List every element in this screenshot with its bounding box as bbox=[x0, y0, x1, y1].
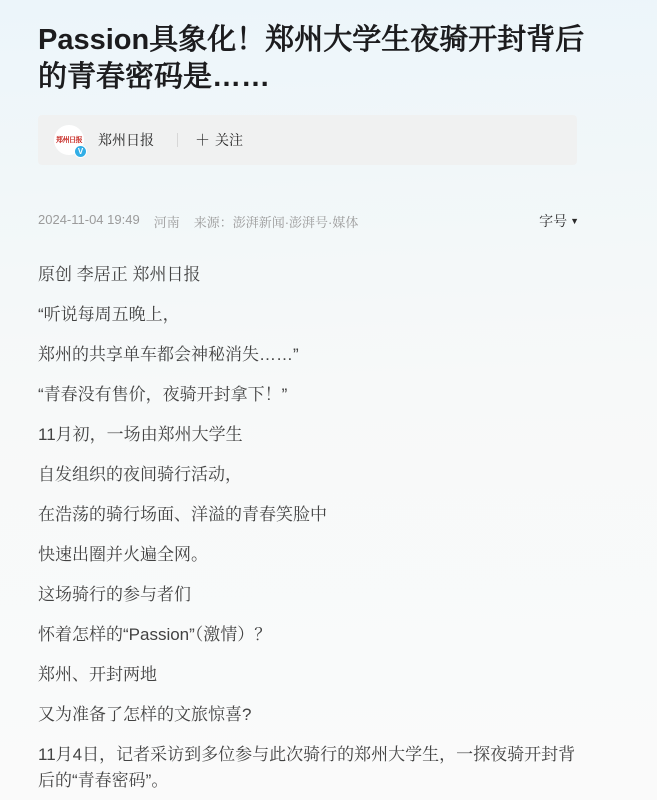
article-paragraph: 11月初，一场由郑州大学生 bbox=[38, 422, 590, 448]
publish-source: 来源：澎湃新闻·澎湃号·媒体 bbox=[194, 212, 359, 231]
font-size-control[interactable]: 字号 ▼ bbox=[539, 211, 579, 231]
article-paragraph: 11月4日，记者采访到多位参与此次骑行的郑州大学生，一探夜骑开封背后的“青春密码… bbox=[38, 742, 590, 794]
publish-datetime: 2024-11-04 19:49 bbox=[38, 212, 140, 231]
article-paragraph: “青春没有售价，夜骑开封拿下！” bbox=[38, 382, 590, 408]
plus-icon: ＋ bbox=[195, 133, 210, 148]
publisher-logo-text: 郑州日报 bbox=[56, 135, 82, 145]
article-paragraph: 郑州的共享单车都会神秘消失……” bbox=[38, 342, 590, 368]
article-content: Passion具象化！郑州大学生夜骑开封背后的青春密码是…… 郑州日报 V 郑州… bbox=[0, 0, 657, 794]
article-paragraph: 郑州、开封两地 bbox=[38, 662, 590, 688]
font-size-label: 字号 bbox=[539, 211, 567, 231]
article-paragraph: 快速出圈并火遍全网。 bbox=[38, 542, 590, 568]
article-paragraph: “听说每周五晚上， bbox=[38, 302, 590, 328]
follow-button[interactable]: ＋ 关注 bbox=[195, 130, 243, 150]
verified-badge-icon: V bbox=[74, 145, 87, 158]
article-paragraph: 又为准备了怎样的文旅惊喜? bbox=[38, 702, 590, 728]
byline: 原创 李居正 郑州日报 bbox=[38, 262, 590, 288]
publisher-divider bbox=[177, 133, 178, 147]
article-paragraph: 在浩荡的骑行场面、洋溢的青春笑脸中 bbox=[38, 502, 590, 528]
article-paragraph: 这场骑行的参与者们 bbox=[38, 582, 590, 608]
page-title: Passion具象化！郑州大学生夜骑开封背后的青春密码是…… bbox=[38, 22, 590, 96]
follow-button-label: 关注 bbox=[215, 130, 243, 150]
publish-region: 河南 bbox=[154, 212, 180, 231]
article-body: 原创 李居正 郑州日报 “听说每周五晚上， 郑州的共享单车都会神秘消失……” “… bbox=[38, 262, 590, 794]
meta-row: 2024-11-04 19:49 河南 来源：澎湃新闻·澎湃号·媒体 字号 ▼ bbox=[38, 211, 579, 231]
article-paragraph: 自发组织的夜间骑行活动， bbox=[38, 462, 590, 488]
article-page: Passion具象化！郑州大学生夜骑开封背后的青春密码是…… 郑州日报 V 郑州… bbox=[0, 0, 657, 800]
paragraph-list: “听说每周五晚上， 郑州的共享单车都会神秘消失……” “青春没有售价，夜骑开封拿… bbox=[38, 302, 590, 794]
publisher-avatar[interactable]: 郑州日报 V bbox=[54, 125, 84, 155]
chevron-down-icon: ▼ bbox=[570, 217, 579, 226]
publisher-card: 郑州日报 V 郑州日报 ＋ 关注 bbox=[38, 115, 577, 165]
publisher-name[interactable]: 郑州日报 bbox=[98, 130, 154, 150]
meta-info: 2024-11-04 19:49 河南 来源：澎湃新闻·澎湃号·媒体 bbox=[38, 212, 358, 231]
article-paragraph: 怀着怎样的“Passion”（激情）？ bbox=[38, 622, 590, 648]
